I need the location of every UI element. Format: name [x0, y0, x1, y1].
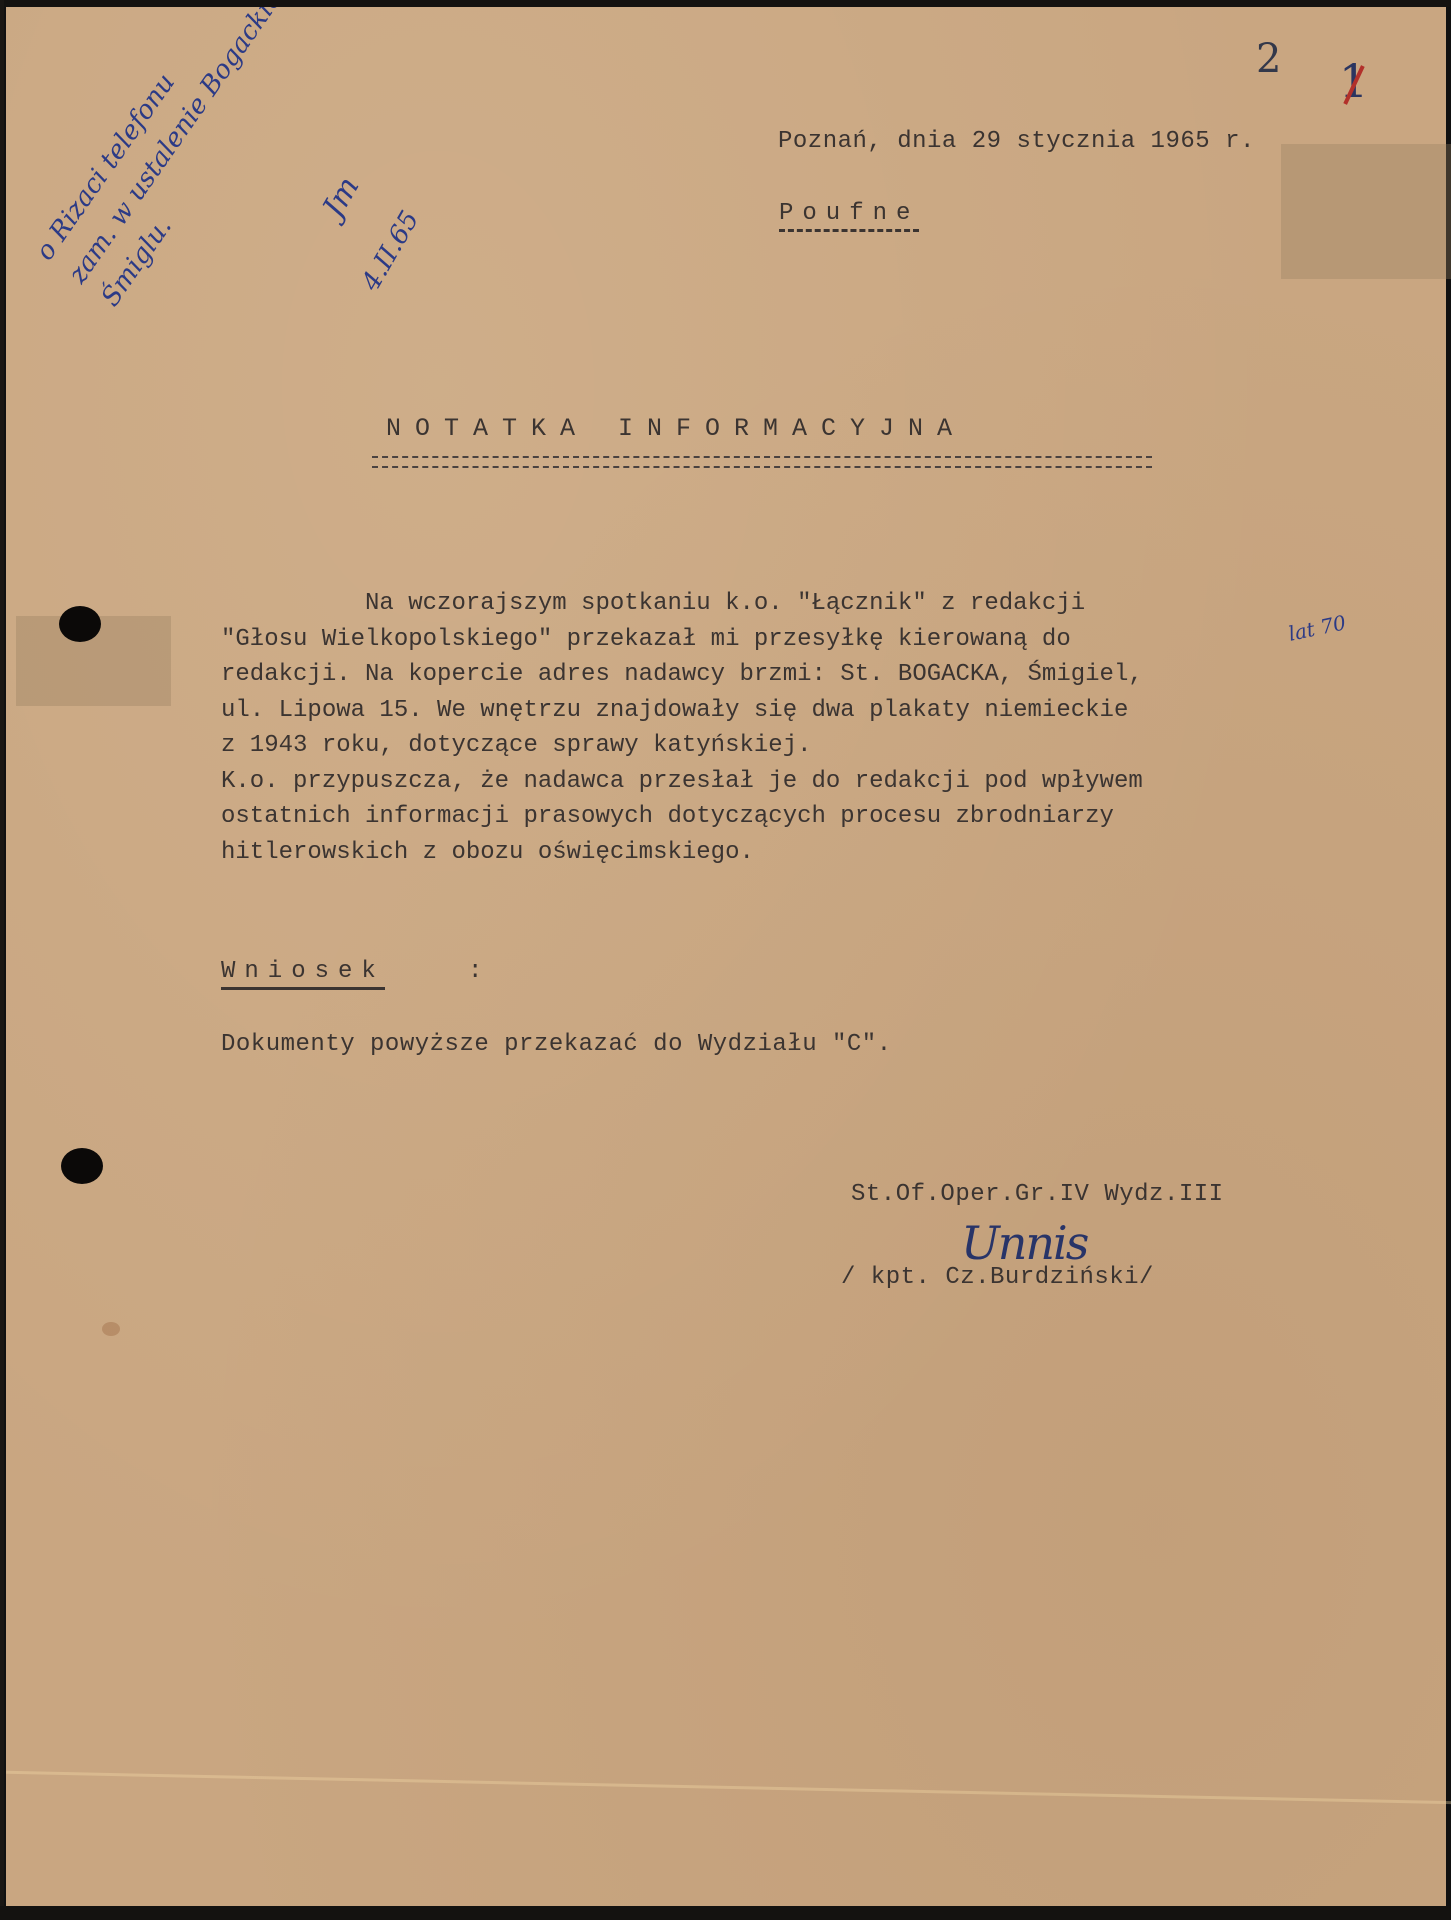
page-number: 2	[1256, 36, 1281, 82]
conclusion-text: Dokumenty powyższe przekazać do Wydziału…	[221, 1031, 892, 1058]
signatory-name: / kpt. Cz.Burdziński/	[841, 1264, 1154, 1291]
body-line: ostatnich informacji prasowych dotyczący…	[221, 799, 1371, 835]
annotation-initials: Jm	[316, 171, 367, 224]
body-line: Na wczorajszym spotkaniu k.o. "Łącznik" …	[221, 586, 1371, 622]
punch-hole	[59, 606, 101, 642]
conclusion-colon: :	[468, 958, 483, 985]
body-paragraph: Na wczorajszym spotkaniu k.o. "Łącznik" …	[221, 586, 1371, 870]
signatory-title: St.Of.Oper.Gr.IV Wydz.III	[851, 1181, 1224, 1208]
scan-border-bottom	[0, 1906, 1451, 1920]
body-line: ul. Lipowa 15. We wnętrzu znajdowały się…	[221, 693, 1371, 729]
paper-fold	[6, 1771, 1451, 1804]
scan-border-left	[0, 0, 4, 1920]
body-line: z 1943 roku, dotyczące sprawy katyńskiej…	[221, 728, 1371, 764]
document-title: NOTATKA INFORMACYJNA	[386, 414, 966, 443]
title-underline	[372, 456, 1152, 468]
conclusion-heading: Wniosek	[221, 958, 385, 990]
punch-hole	[61, 1148, 103, 1184]
handwritten-annotation: o Rizaci telefonu zam. w ustalenie Bogac…	[26, 0, 330, 315]
signature: Unnis	[961, 1216, 1087, 1270]
body-line: hitlerowskich z obozu oświęcimskiego.	[221, 835, 1371, 871]
scan-border-top	[0, 0, 1451, 7]
document-page: 2 1 o Rizaci telefonu zam. w ustalenie B…	[6, 6, 1446, 1908]
date-line: Poznań, dnia 29 stycznia 1965 r.	[778, 128, 1255, 155]
body-line: redakcji. Na kopercie adres nadawcy brzm…	[221, 657, 1371, 693]
annotation-date: 4.II.65	[356, 206, 425, 296]
tape-residue	[1281, 144, 1451, 279]
classification-label: Poufne	[779, 200, 919, 232]
body-line: "Głosu Wielkopolskiego" przekazał mi prz…	[221, 622, 1371, 658]
stain	[102, 1322, 120, 1336]
body-line: K.o. przypuszcza, że nadawca przesłał je…	[221, 764, 1371, 800]
